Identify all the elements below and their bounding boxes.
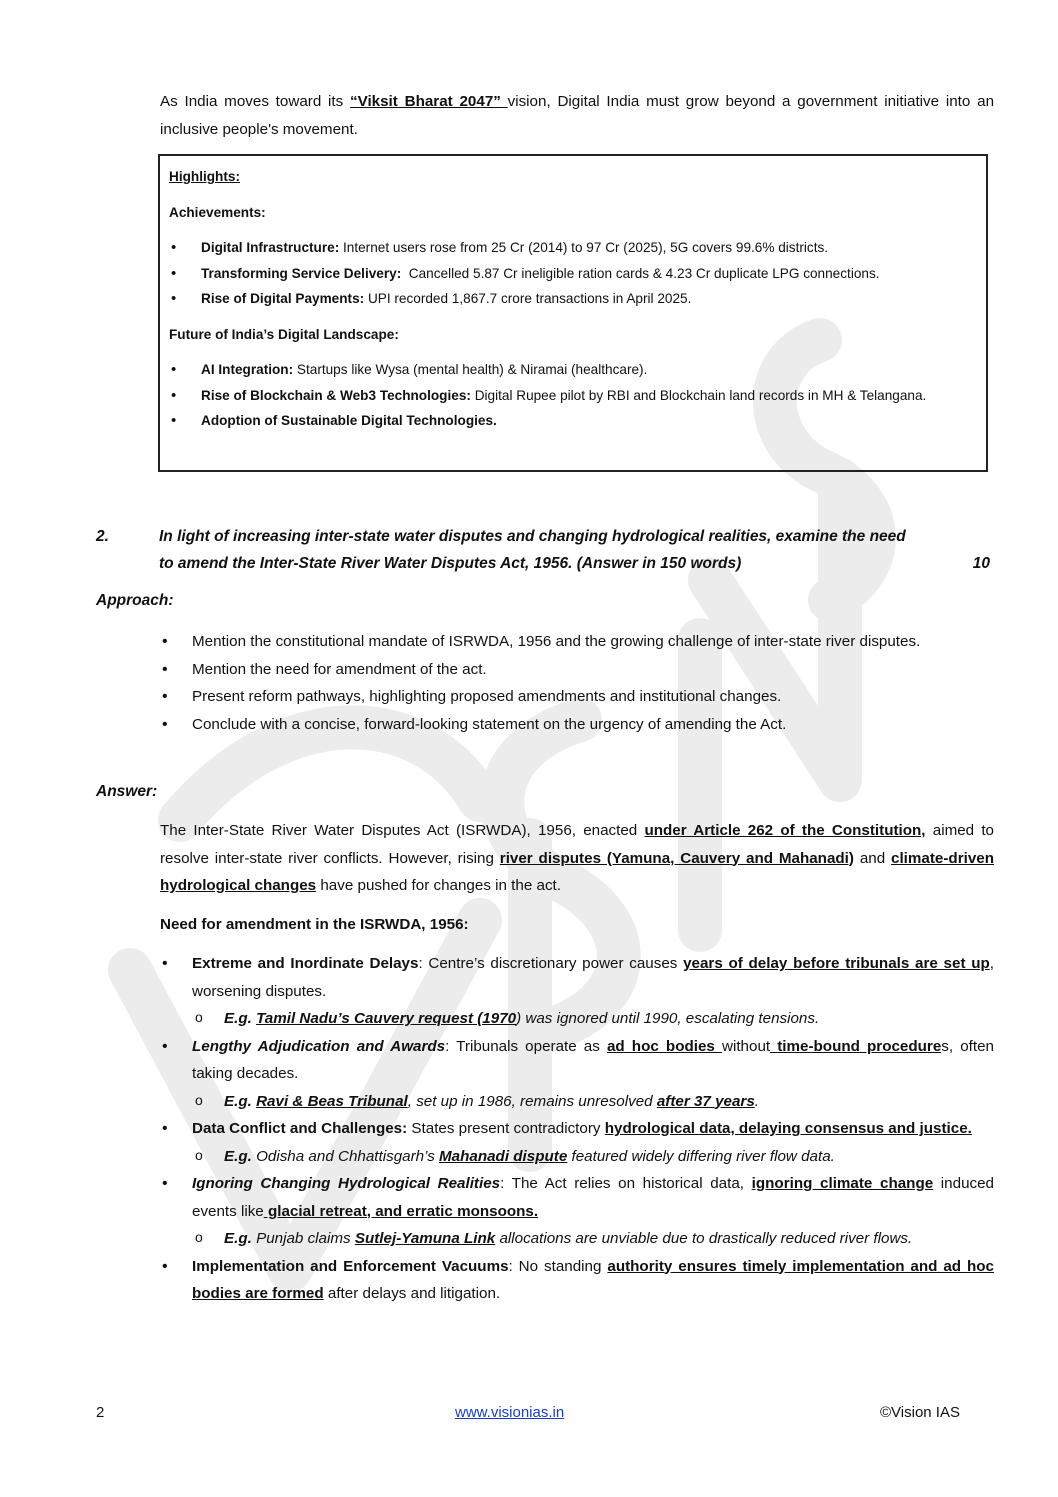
example-text: allocations are unviable due to drastica… xyxy=(495,1230,912,1247)
need-emphasis: ignoring climate change xyxy=(752,1175,934,1192)
need-heading-text: Need for amendment in the ISRWDA, 1956: xyxy=(160,916,469,933)
achievement-item: Transforming Service Delivery: Cancelled… xyxy=(169,261,981,287)
example-text: , set up in 1986, remains unresolved xyxy=(408,1093,657,1110)
question-marks: 10 xyxy=(973,550,990,577)
achievement-item: Digital Infrastructure: Internet users r… xyxy=(169,235,981,261)
need-term: Data Conflict and Challenges: xyxy=(192,1120,407,1137)
future-list: AI Integration: Startups like Wysa (ment… xyxy=(169,357,981,434)
highlights-box: Highlights: Achievements: Digital Infras… xyxy=(158,154,988,472)
example-item: E.g. Odisha and Chhattisgarh’s Mahanadi … xyxy=(192,1143,994,1171)
achievements-heading: Achievements: xyxy=(169,205,266,220)
answer-intro: The Inter-State River Water Disputes Act… xyxy=(160,817,994,900)
need-text: after delays and litigation. xyxy=(324,1285,500,1302)
need-item: Ignoring Changing Hydrological Realities… xyxy=(160,1170,994,1253)
need-text: : Centre’s discretionary power causes xyxy=(418,955,683,972)
need-text: : No standing xyxy=(509,1258,608,1275)
example-emphasis: Ravi & Beas Tribunal xyxy=(256,1093,408,1110)
future-text: Digital Rupee pilot by RBI and Blockchai… xyxy=(471,388,926,403)
future-item: Adoption of Sustainable Digital Technolo… xyxy=(169,408,981,434)
need-item: Lengthy Adjudication and Awards: Tribuna… xyxy=(160,1033,994,1116)
need-emphasis: hydrological data, delaying consensus an… xyxy=(605,1120,972,1137)
page-number: 2 xyxy=(96,1404,104,1421)
achievement-text: Internet users rose from 25 Cr (2014) to… xyxy=(339,240,828,255)
approach-item: Present reform pathways, highlighting pr… xyxy=(160,683,994,711)
website-link-wrap: www.visionias.in xyxy=(455,1404,564,1421)
future-item: AI Integration: Startups like Wysa (ment… xyxy=(169,357,981,383)
achievement-term: Digital Infrastructure: xyxy=(201,240,339,255)
answer-intro-text: have pushed for changes in the act. xyxy=(316,877,561,894)
need-term: Implementation and Enforcement Vacuums xyxy=(192,1258,509,1275)
example-text: ) was ignored until 1990, escalating ten… xyxy=(516,1010,819,1027)
example-emphasis: Tamil Nadu’s Cauvery request (1970 xyxy=(256,1010,516,1027)
need-text: : Tribunals operate as xyxy=(445,1038,607,1055)
example-label: E.g. xyxy=(224,1093,252,1110)
approach-item: Conclude with a concise, forward-looking… xyxy=(160,711,994,739)
example-list: E.g. Ravi & Beas Tribunal, set up in 198… xyxy=(192,1088,994,1116)
achievements-list: Digital Infrastructure: Internet users r… xyxy=(169,235,981,312)
future-term: Adoption of Sustainable Digital Technolo… xyxy=(201,413,497,428)
example-text: Punjab claims xyxy=(252,1230,355,1247)
example-text: featured widely differing river flow dat… xyxy=(567,1148,835,1165)
question-number: 2. xyxy=(96,523,109,550)
need-emphasis: years of delay before tribunals are set … xyxy=(683,955,990,972)
need-term: Ignoring Changing Hydrological Realities xyxy=(192,1175,500,1192)
need-term: Lengthy Adjudication and Awards xyxy=(192,1038,445,1055)
need-text: States present contradictory xyxy=(407,1120,605,1137)
example-emphasis: Mahanadi dispute xyxy=(439,1148,567,1165)
example-item: E.g. Ravi & Beas Tribunal, set up in 198… xyxy=(192,1088,994,1116)
intro-prefix: As India moves toward its xyxy=(160,93,350,110)
need-emphasis: glacial retreat, and erratic monsoons. xyxy=(264,1203,538,1220)
viksit-bharat-highlight: “Viksit Bharat 2047” xyxy=(350,93,508,110)
need-heading: Need for amendment in the ISRWDA, 1956: xyxy=(160,911,994,939)
example-emphasis: after 37 years xyxy=(657,1093,755,1110)
example-text: Odisha and Chhattisgarh’s xyxy=(252,1148,439,1165)
question-line-2: to amend the Inter-State River Water Dis… xyxy=(159,550,994,577)
need-item: Data Conflict and Challenges: States pre… xyxy=(160,1115,994,1170)
achievement-term: Transforming Service Delivery: xyxy=(201,266,401,281)
future-item: Rise of Blockchain & Web3 Technologies: … xyxy=(169,383,981,409)
need-item: Extreme and Inordinate Delays: Centre’s … xyxy=(160,950,994,1033)
achievement-text: UPI recorded 1,867.7 crore transactions … xyxy=(364,291,691,306)
answer-label: Answer: xyxy=(96,783,157,801)
achievement-item: Rise of Digital Payments: UPI recorded 1… xyxy=(169,286,981,312)
highlights-title: Highlights: xyxy=(169,169,240,184)
example-text: . xyxy=(755,1093,759,1110)
need-emphasis: time-bound procedure xyxy=(770,1038,941,1055)
need-text: : The Act relies on historical data, xyxy=(500,1175,752,1192)
answer-intro-text: The Inter-State River Water Disputes Act… xyxy=(160,822,644,839)
copyright: ©Vision IAS xyxy=(880,1404,960,1421)
need-emphasis: ad hoc bodies xyxy=(607,1038,722,1055)
approach-item: Mention the need for amendment of the ac… xyxy=(160,656,994,684)
need-item: Implementation and Enforcement Vacuums: … xyxy=(160,1253,994,1308)
achievement-text: Cancelled 5.87 Cr ineligible ration card… xyxy=(401,266,879,281)
future-term: AI Integration: xyxy=(201,362,293,377)
approach-item: Mention the constitutional mandate of IS… xyxy=(160,628,994,656)
example-label: E.g. xyxy=(224,1230,252,1247)
example-list: E.g. Odisha and Chhattisgarh’s Mahanadi … xyxy=(192,1143,994,1171)
need-text: without xyxy=(722,1038,770,1055)
intro-paragraph: As India moves toward its “Viksit Bharat… xyxy=(160,88,994,143)
need-list: Extreme and Inordinate Delays: Centre’s … xyxy=(160,950,994,1308)
answer-intro-text: and xyxy=(854,850,891,867)
example-item: E.g. Punjab claims Sutlej-Yamuna Link al… xyxy=(192,1225,994,1253)
website-link[interactable]: www.visionias.in xyxy=(455,1404,564,1421)
example-label: E.g. xyxy=(224,1148,252,1165)
example-emphasis: Sutlej-Yamuna Link xyxy=(355,1230,495,1247)
future-term: Rise of Blockchain & Web3 Technologies: xyxy=(201,388,471,403)
example-list: E.g. Punjab claims Sutlej-Yamuna Link al… xyxy=(192,1225,994,1253)
answer-intro-emphasis: river disputes (Yamuna, Cauvery and Maha… xyxy=(500,850,854,867)
need-term: Extreme and Inordinate Delays xyxy=(192,955,418,972)
example-label: E.g. xyxy=(224,1010,252,1027)
approach-list: Mention the constitutional mandate of IS… xyxy=(160,628,994,738)
approach-label: Approach: xyxy=(96,592,174,610)
future-text: Startups like Wysa (mental health) & Nir… xyxy=(293,362,647,377)
example-list: E.g. Tamil Nadu’s Cauvery request (1970)… xyxy=(192,1005,994,1033)
example-item: E.g. Tamil Nadu’s Cauvery request (1970)… xyxy=(192,1005,994,1033)
achievement-term: Rise of Digital Payments: xyxy=(201,291,364,306)
answer-intro-emphasis: under Article 262 of the Constitution, xyxy=(644,822,925,839)
question-line-1: In light of increasing inter-state water… xyxy=(159,523,994,550)
future-heading: Future of India’s Digital Landscape: xyxy=(169,327,399,342)
